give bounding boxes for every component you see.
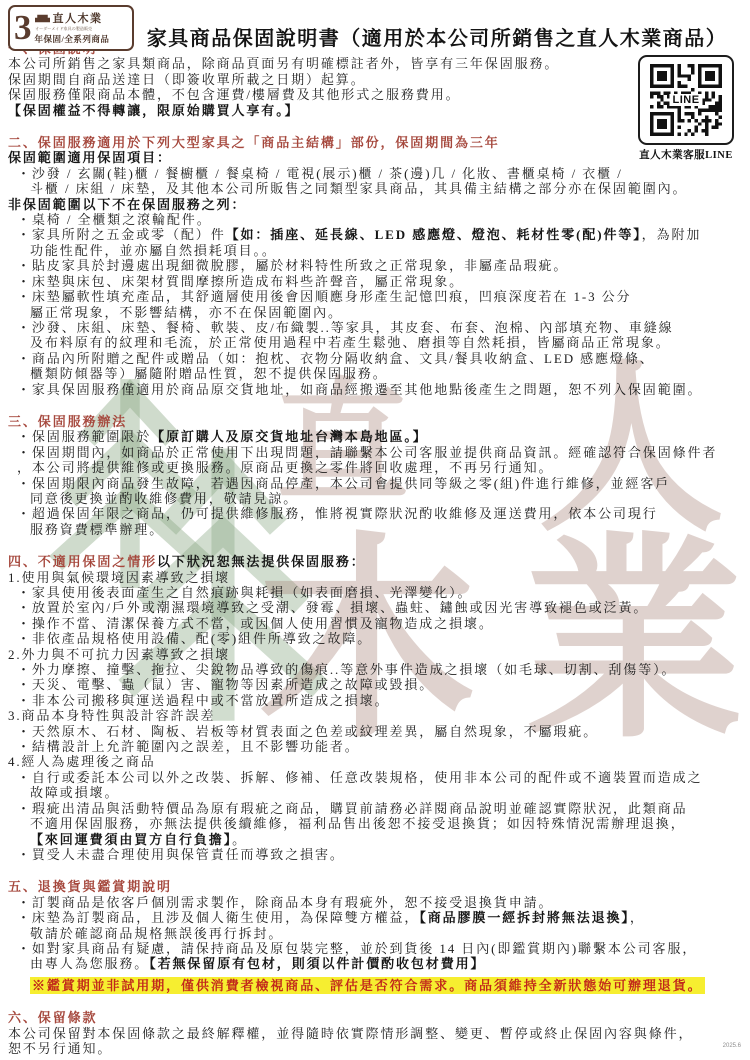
doc-line: ・自行或委託本公司以外之改裝、拆解、修補、任意改裝規格，使用非本公司的配件或不適… xyxy=(0,770,750,785)
badge-number: 3 xyxy=(14,8,32,48)
line-logo-label: LINE xyxy=(669,94,702,106)
doc-line: 服務資費標準辦理。 xyxy=(0,522,750,537)
doc-line: 屬正常現象，不影響結構，亦不在保固範圍內。 xyxy=(0,305,750,320)
doc-line: ・訂製商品是依客戶個別需求製作，除商品本身有瑕疵外，恕不接受退換貨申請。 xyxy=(0,895,750,910)
text-run: ・保固服務範圍限於 xyxy=(17,429,151,444)
text-run: 保固期間自商品送達日（即簽收單所載之日期）起算。 xyxy=(8,72,366,87)
text-run: ・非依產品規格使用設備、配(零)組件所導致之故障。 xyxy=(17,631,372,646)
doc-line: 恕不另行通知。 xyxy=(0,1041,750,1056)
badge-subtitle: 年保固/全系列商品 xyxy=(35,33,129,45)
text-run: ・超過保固年限之商品，仍可提供維修服務，惟將視實際狀況酌收維修及運送費用，依本公… xyxy=(17,506,658,521)
doc-line: ・床墊與床包、床架材質間摩擦所造成布料些許聲音，屬正常現象。 xyxy=(0,274,750,289)
text-run: ※鑑賞期並非試用期，僅供消費者檢視商品、評估是否符合需求。商品須維持全新狀態始可… xyxy=(30,977,705,994)
doc-line: ※鑑賞期並非試用期，僅供消費者檢視商品、評估是否符合需求。商品須維持全新狀態始可… xyxy=(0,978,750,993)
text-run: 3.商品本身特性與設計容許誤差 xyxy=(8,708,215,723)
text-run: 同意後更換並酌收維修費用，敬請見諒。 xyxy=(30,491,298,506)
doc-line: 2.外力與不可抗力因素導致之損壞 xyxy=(0,647,750,662)
doc-line: 1.使用與氣候環境因素導致之損壞 xyxy=(0,570,750,585)
doc-line: 【來回運費須由買方自行負擔】。 xyxy=(0,832,750,847)
line-qr-code: LINE xyxy=(638,55,734,145)
text-run: 功能性配件，並亦屬自然損耗項目。。 xyxy=(30,243,277,258)
qr-caption: 直人木業客服LINE xyxy=(631,147,741,162)
text-run: 及布料原有的紋理和毛流，於正常使用過程中若產生鬆弛、磨損等自然耗損，皆屬商品正常… xyxy=(30,335,671,350)
doc-line: ・操作不當、清潔保養方式不當，或因個人使用習慣及寵物造成之損壞。 xyxy=(0,616,750,631)
text-run: ・結構設計上允許範圍內之誤差，且不影響功能者。 xyxy=(17,739,360,754)
doc-line: 櫃類防傾器等）屬隨附贈品性質，恕不提供保固服務。 xyxy=(0,366,750,381)
doc-line: ・保固服務範圍限於【原訂購人及原交貨地址台灣本島地區。】 xyxy=(0,429,750,444)
text-run: 保固範圍適用保固項目： xyxy=(8,150,172,165)
text-run: ・床墊與床包、床架材質間摩擦所造成布料些許聲音，屬正常現象。 xyxy=(17,274,464,289)
text-run: ・非本公司搬移與運送過程中或不當放置所造成之損壞。 xyxy=(17,693,390,708)
text-run: 六、保留條款 xyxy=(8,1010,97,1025)
text-run: 【來回運費須由買方自行負擔】 xyxy=(30,832,232,847)
text-run: ・自行或委託本公司以外之改裝、拆解、修補、任意改裝規格，使用非本公司的配件或不適… xyxy=(17,770,702,785)
doc-line: 敬請於確認商品規格無誤後再行拆封。 xyxy=(0,926,750,941)
doc-line: ・外力摩擦、撞擊、拖拉、尖銳物品導致的傷痕..等意外事件造成之損壞（如毛球、切割… xyxy=(0,662,750,677)
text-run: 三、保固服務辦法 xyxy=(8,414,127,429)
sofa-icon xyxy=(35,14,50,23)
text-run: 屬正常現象，不影響結構，亦不在保固範圍內。 xyxy=(30,305,343,320)
doc-line: ・貼皮家具於封邊處出現細微脫膠，屬於材料特性所致之正常現象，非屬產品瑕疵。 xyxy=(0,258,750,273)
text-run: 非保固範圍以下不在保固服務之列： xyxy=(8,197,246,212)
doc-line: 由專人為您服務。【若無保留原有包材，則須以件計價酌收包材費用】 xyxy=(0,956,750,971)
text-run: ・外力摩擦、撞擊、拖拉、尖銳物品導致的傷痕..等意外事件造成之損壞（如毛球、切割… xyxy=(17,662,676,677)
text-run: 【原訂購人及原交貨地址台灣本島地區。】 xyxy=(151,429,428,444)
text-run: ・沙發、床組、床墊、餐椅、軟裝、皮/布織製..等家具，其皮套、布套、泡棉、內部填… xyxy=(17,320,674,335)
text-run: 【商品膠膜一經拆封將無法退換】 xyxy=(419,910,630,925)
text-run: ・貼皮家具於封邊處出現細微脫膠，屬於材料特性所致之正常現象，非屬產品瑕疵。 xyxy=(17,258,568,273)
text-run: 五、退換貨與鑑賞期說明 xyxy=(8,879,172,894)
doc-line: ・天災、電擊、蟲（鼠）害、寵物等因素所造成之故障或毀損。 xyxy=(0,677,750,692)
text-run: ・床墊為訂製商品，且涉及個人衛生使用，為保障雙方權益， xyxy=(17,910,419,925)
text-run: 不適用保固服務，亦無法提供後續維修，福利品售出後恕不接受退換貨；如因特殊情況需辦… xyxy=(30,816,686,831)
doc-line: ・家具使用後表面產生之自然痕跡與耗損（如表面磨損、光澤變化）。 xyxy=(0,585,750,600)
doc-line: ・買受人未盡合理使用與保管責任而導致之損害。 xyxy=(0,847,750,862)
doc-line: 本公司保留對本保固條款之最終解釋權，並得隨時依實際情形調整、變更、暫停或終止保固… xyxy=(0,1026,750,1041)
text-run: ， xyxy=(630,910,645,925)
text-run: 敬請於確認商品規格無誤後再行拆封。 xyxy=(30,926,283,941)
text-run: ・操作不當、清潔保養方式不當，或因個人使用習慣及寵物造成之損壞。 xyxy=(17,616,494,631)
brand-tagline-jp: オーダーメイド家具の製造販売 xyxy=(35,26,112,32)
doc-line: ・家具保固服務僅適用於商品原交貨地址，如商品經搬遷至其他地點後產生之問題，恕不列… xyxy=(0,382,750,397)
brand-name: 直人木業 xyxy=(53,10,103,26)
text-run: ・家具所附之五金或零（配）件 xyxy=(17,227,226,242)
section-heading: 六、保留條款 xyxy=(0,1010,750,1025)
text-run: 【保固權益不得轉讓，限原始購買人享有。】 xyxy=(8,103,300,118)
text-run: ・家具使用後表面產生之自然痕跡與耗損（如表面磨損、光澤變化）。 xyxy=(17,585,472,600)
doc-line: ・桌椅 / 全櫃類之滾輪配件。 xyxy=(0,212,750,227)
text-run: ・家具保固服務僅適用於商品原交貨地址，如商品經搬遷至其他地點後產生之問題，恕不列… xyxy=(17,382,702,397)
text-run: ・沙發 / 玄關(鞋)櫃 / 餐櫥櫃 / 餐桌椅 / 電視(展示)櫃 / 茶(邊… xyxy=(17,166,623,181)
doc-line: ・非本公司搬移與運送過程中或不當放置所造成之損壞。 xyxy=(0,693,750,708)
text-run: 二、保固服務適用於下列大型家具之「商品主結構」部份，保固期間為三年 xyxy=(8,135,500,150)
doc-line: ・床墊為訂製商品，且涉及個人衛生使用，為保障雙方權益，【商品膠膜一經拆封將無法退… xyxy=(0,910,750,925)
doc-line: ・家具所附之五金或零（配）件【如：插座、延長線、LED 感應燈、燈泡、耗材性零(… xyxy=(0,227,750,242)
section-heading: 五、退換貨與鑑賞期說明 xyxy=(0,879,750,894)
text-run: ・商品內所附贈之配件或贈品（如：抱枕、衣物分隔收納盒、文具/餐具收納盒、LED … xyxy=(17,351,655,366)
page-title: 家具商品保固說明書（適用於本公司所銷售之直人木業商品） xyxy=(128,22,746,51)
doc-line: 同意後更換並酌收維修費用，敬請見諒。 xyxy=(0,491,750,506)
text-run: 1.使用與氣候環境因素導致之損壞 xyxy=(8,570,230,585)
text-run: 2.外力與不可抗力因素導致之損壞 xyxy=(8,647,230,662)
doc-line: ・天然原木、石材、陶板、岩板等材質表面之色差或紋理差異，屬自然現象，不屬瑕疵。 xyxy=(0,724,750,739)
document-body: 一、保固說明本公司所銷售之家具類商品，除商品頁面另有明確標註者外，皆享有三年保固… xyxy=(0,41,750,1056)
doc-line: 不適用保固服務，亦無法提供後續維修，福利品售出後恕不接受退換貨；如因特殊情況需辦… xyxy=(0,816,750,831)
text-run: ・買受人未盡合理使用與保管責任而導致之損害。 xyxy=(17,847,345,862)
text-run: 故障或損壞。 xyxy=(30,785,119,800)
text-run: 服務資費標準辦理。 xyxy=(30,522,164,537)
section-heading: 四、不適用保固之情形以下狀況恕無法提供保固服務： xyxy=(0,554,750,569)
doc-line: ・非依產品規格使用設備、配(零)組件所導致之故障。 xyxy=(0,631,750,646)
doc-line: ・保固期間內，如商品於正常使用下出現問題，請聯繫本公司客服並提供商品資訊。經確認… xyxy=(0,445,750,460)
doc-line: ・超過保固年限之商品，仍可提供維修服務，惟將視實際狀況酌收維修及運送費用，依本公… xyxy=(0,506,750,521)
doc-line: 3.商品本身特性與設計容許誤差 xyxy=(0,708,750,723)
doc-line: 4.經人為處理後之商品 xyxy=(0,754,750,769)
warranty-badge: 3 直人木業 オーダーメイド家具の製造販売 年保固/全系列商品 xyxy=(8,5,134,51)
doc-line: 故障或損壞。 xyxy=(0,785,750,800)
text-run: ・床墊屬軟性填充產品，其舒適層使用後會因順應身形產生記憶凹痕，凹痕深度若在 1-… xyxy=(17,289,631,304)
text-run: 斗櫃 / 床組 / 床墊，及其他本公司所販售之同類型家具商品，其具備主結構之部分… xyxy=(30,181,687,196)
warranty-document: 直 人 木 業 3 直人木業 オーダーメイド家具の製造販売 年保固/全系列商品 … xyxy=(0,0,750,1060)
text-run: ・放置於室內/戶外或潮濕環境導致之受潮、發霉、損壞、蟲蛀、鏽蝕或因光害導致褪色或… xyxy=(17,600,648,615)
doc-line: ，本公司將提供維修或更換服務。原商品更換之零件將回收處理，不再另行通知。 xyxy=(0,460,750,475)
doc-line: ・商品內所附贈之配件或贈品（如：抱枕、衣物分隔收納盒、文具/餐具收納盒、LED … xyxy=(0,351,750,366)
text-run: ・保固期間內，如商品於正常使用下出現問題，請聯繫本公司客服並提供商品資訊。經確認… xyxy=(17,445,717,460)
text-run: ・桌椅 / 全櫃類之滾輪配件。 xyxy=(17,212,212,227)
version-note: 2025.6 xyxy=(723,1043,741,1049)
text-run: ，本公司將提供維修或更換服務。原商品更換之零件將回收處理，不再另行通知。 xyxy=(17,460,553,475)
text-run: 。 xyxy=(232,832,247,847)
doc-line: ・瑕疵出清品與活動特價品為原有瑕疵之商品，購買前請務必詳閱商品說明並確認實際狀況… xyxy=(0,801,750,816)
doc-line: ・如對家具商品有疑慮，請保持商品及原包裝完整，並於到貨後 14 日內(即鑑賞期內… xyxy=(0,941,750,956)
doc-line: ・結構設計上允許範圍內之誤差，且不影響功能者。 xyxy=(0,739,750,754)
doc-line: 斗櫃 / 床組 / 床墊，及其他本公司所販售之同類型家具商品，其具備主結構之部分… xyxy=(0,181,750,196)
line-qr-block: LINE 直人木業客服LINE xyxy=(631,55,741,162)
text-run: 【如：插座、延長線、LED 感應燈、燈泡、耗材性零(配)件等】 xyxy=(226,227,642,242)
doc-line: ・沙發、床組、床墊、餐椅、軟裝、皮/布織製..等家具，其皮套、布套、泡棉、內部填… xyxy=(0,320,750,335)
text-run: 四、不適用保固之情形 xyxy=(8,554,157,569)
text-run: ・保固期限內商品發生故障，若遇因商品停產，本公司會提供同等級之零(組)件進行維修… xyxy=(17,476,670,491)
doc-line: ・保固期限內商品發生故障，若遇因商品停產，本公司會提供同等級之零(組)件進行維修… xyxy=(0,476,750,491)
doc-line: 功能性配件，並亦屬自然損耗項目。。 xyxy=(0,243,750,258)
text-run: 以下狀況恕無法提供保固服務： xyxy=(157,554,366,569)
text-run: 由專人為您服務。 xyxy=(30,956,149,971)
doc-line: 非保固範圍以下不在保固服務之列： xyxy=(0,197,750,212)
text-run: 恕不另行通知。 xyxy=(8,1041,112,1056)
text-run: ・天災、電擊、蟲（鼠）害、寵物等因素所造成之故障或毀損。 xyxy=(17,677,434,692)
text-run: 櫃類防傾器等）屬隨附贈品性質，恕不提供保固服務。 xyxy=(30,366,388,381)
section-heading: 三、保固服務辦法 xyxy=(0,414,750,429)
text-run: 本公司保留對本保固條款之最終解釋權，並得隨時依實際情形調整、變更、暫停或終止保固… xyxy=(8,1026,693,1041)
doc-line: ・沙發 / 玄關(鞋)櫃 / 餐櫥櫃 / 餐桌椅 / 電視(展示)櫃 / 茶(邊… xyxy=(0,166,750,181)
text-run: ・天然原木、石材、陶板、岩板等材質表面之色差或紋理差異，屬自然現象，不屬瑕疵。 xyxy=(17,724,598,739)
doc-line: ・放置於室內/戶外或潮濕環境導致之受潮、發霉、損壞、蟲蛀、鏽蝕或因光害導致褪色或… xyxy=(0,600,750,615)
text-run: 【若無保留原有包材，則須以件計價酌收包材費用】 xyxy=(149,956,485,971)
text-run: ，為附加 xyxy=(642,227,702,242)
text-run: 本公司所銷售之家具類商品，除商品頁面另有明確標註者外，皆享有三年保固服務。 xyxy=(8,56,559,71)
text-run: 4.經人為處理後之商品 xyxy=(8,754,156,769)
text-run: ・如對家具商品有疑慮，請保持商品及原包裝完整，並於到貨後 14 日內(即鑑賞期內… xyxy=(17,941,697,956)
doc-line: ・床墊屬軟性填充產品，其舒適層使用後會因順應身形產生記憶凹痕，凹痕深度若在 1-… xyxy=(0,289,750,304)
text-run: 保固服務僅限商品本體，不包含運費/樓層費及其他形式之服務費用。 xyxy=(8,87,461,102)
text-run: ・瑕疵出清品與活動特價品為原有瑕疵之商品，購買前請務必詳閱商品說明並確認實際狀況… xyxy=(17,801,688,816)
text-run: ・訂製商品是依客戶個別需求製作，除商品本身有瑕疵外，恕不接受退換貨申請。 xyxy=(17,895,553,910)
doc-line: 及布料原有的紋理和毛流，於正常使用過程中若產生鬆弛、磨損等自然耗損，皆屬商品正常… xyxy=(0,335,750,350)
